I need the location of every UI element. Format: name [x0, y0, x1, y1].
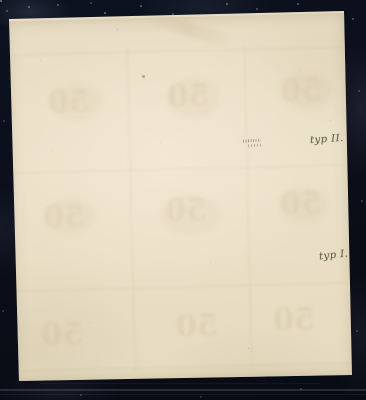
pencil-expert-mark	[242, 136, 267, 150]
pencil-stroke	[248, 144, 263, 148]
photo-backdrop: 50 50 50 50 50 50 50 50 50 typ II. typ I…	[0, 0, 366, 400]
ghost-numeral: 50	[165, 195, 207, 226]
pencil-stroke	[243, 139, 261, 143]
show-through-layer: 50 50 50 50 50 50 50 50 50	[0, 0, 366, 400]
ghost-numeral: 50	[47, 87, 89, 118]
dust-specks	[0, 0, 2, 2]
ghost-numeral: 50	[41, 319, 83, 350]
ghost-numeral: 50	[280, 189, 322, 220]
stamp-block-reverse: 50 50 50 50 50 50 50 50 50 typ II. typ I…	[0, 0, 366, 400]
ghost-numeral: 50	[43, 202, 85, 233]
backdrop-streaks	[0, 380, 366, 400]
annotation-typ-ii: typ II.	[310, 133, 345, 146]
ghost-numeral: 50	[176, 311, 218, 342]
ghost-numeral: 50	[280, 76, 322, 107]
ghost-numeral: 50	[167, 81, 209, 112]
ghost-numeral: 50	[273, 305, 315, 336]
